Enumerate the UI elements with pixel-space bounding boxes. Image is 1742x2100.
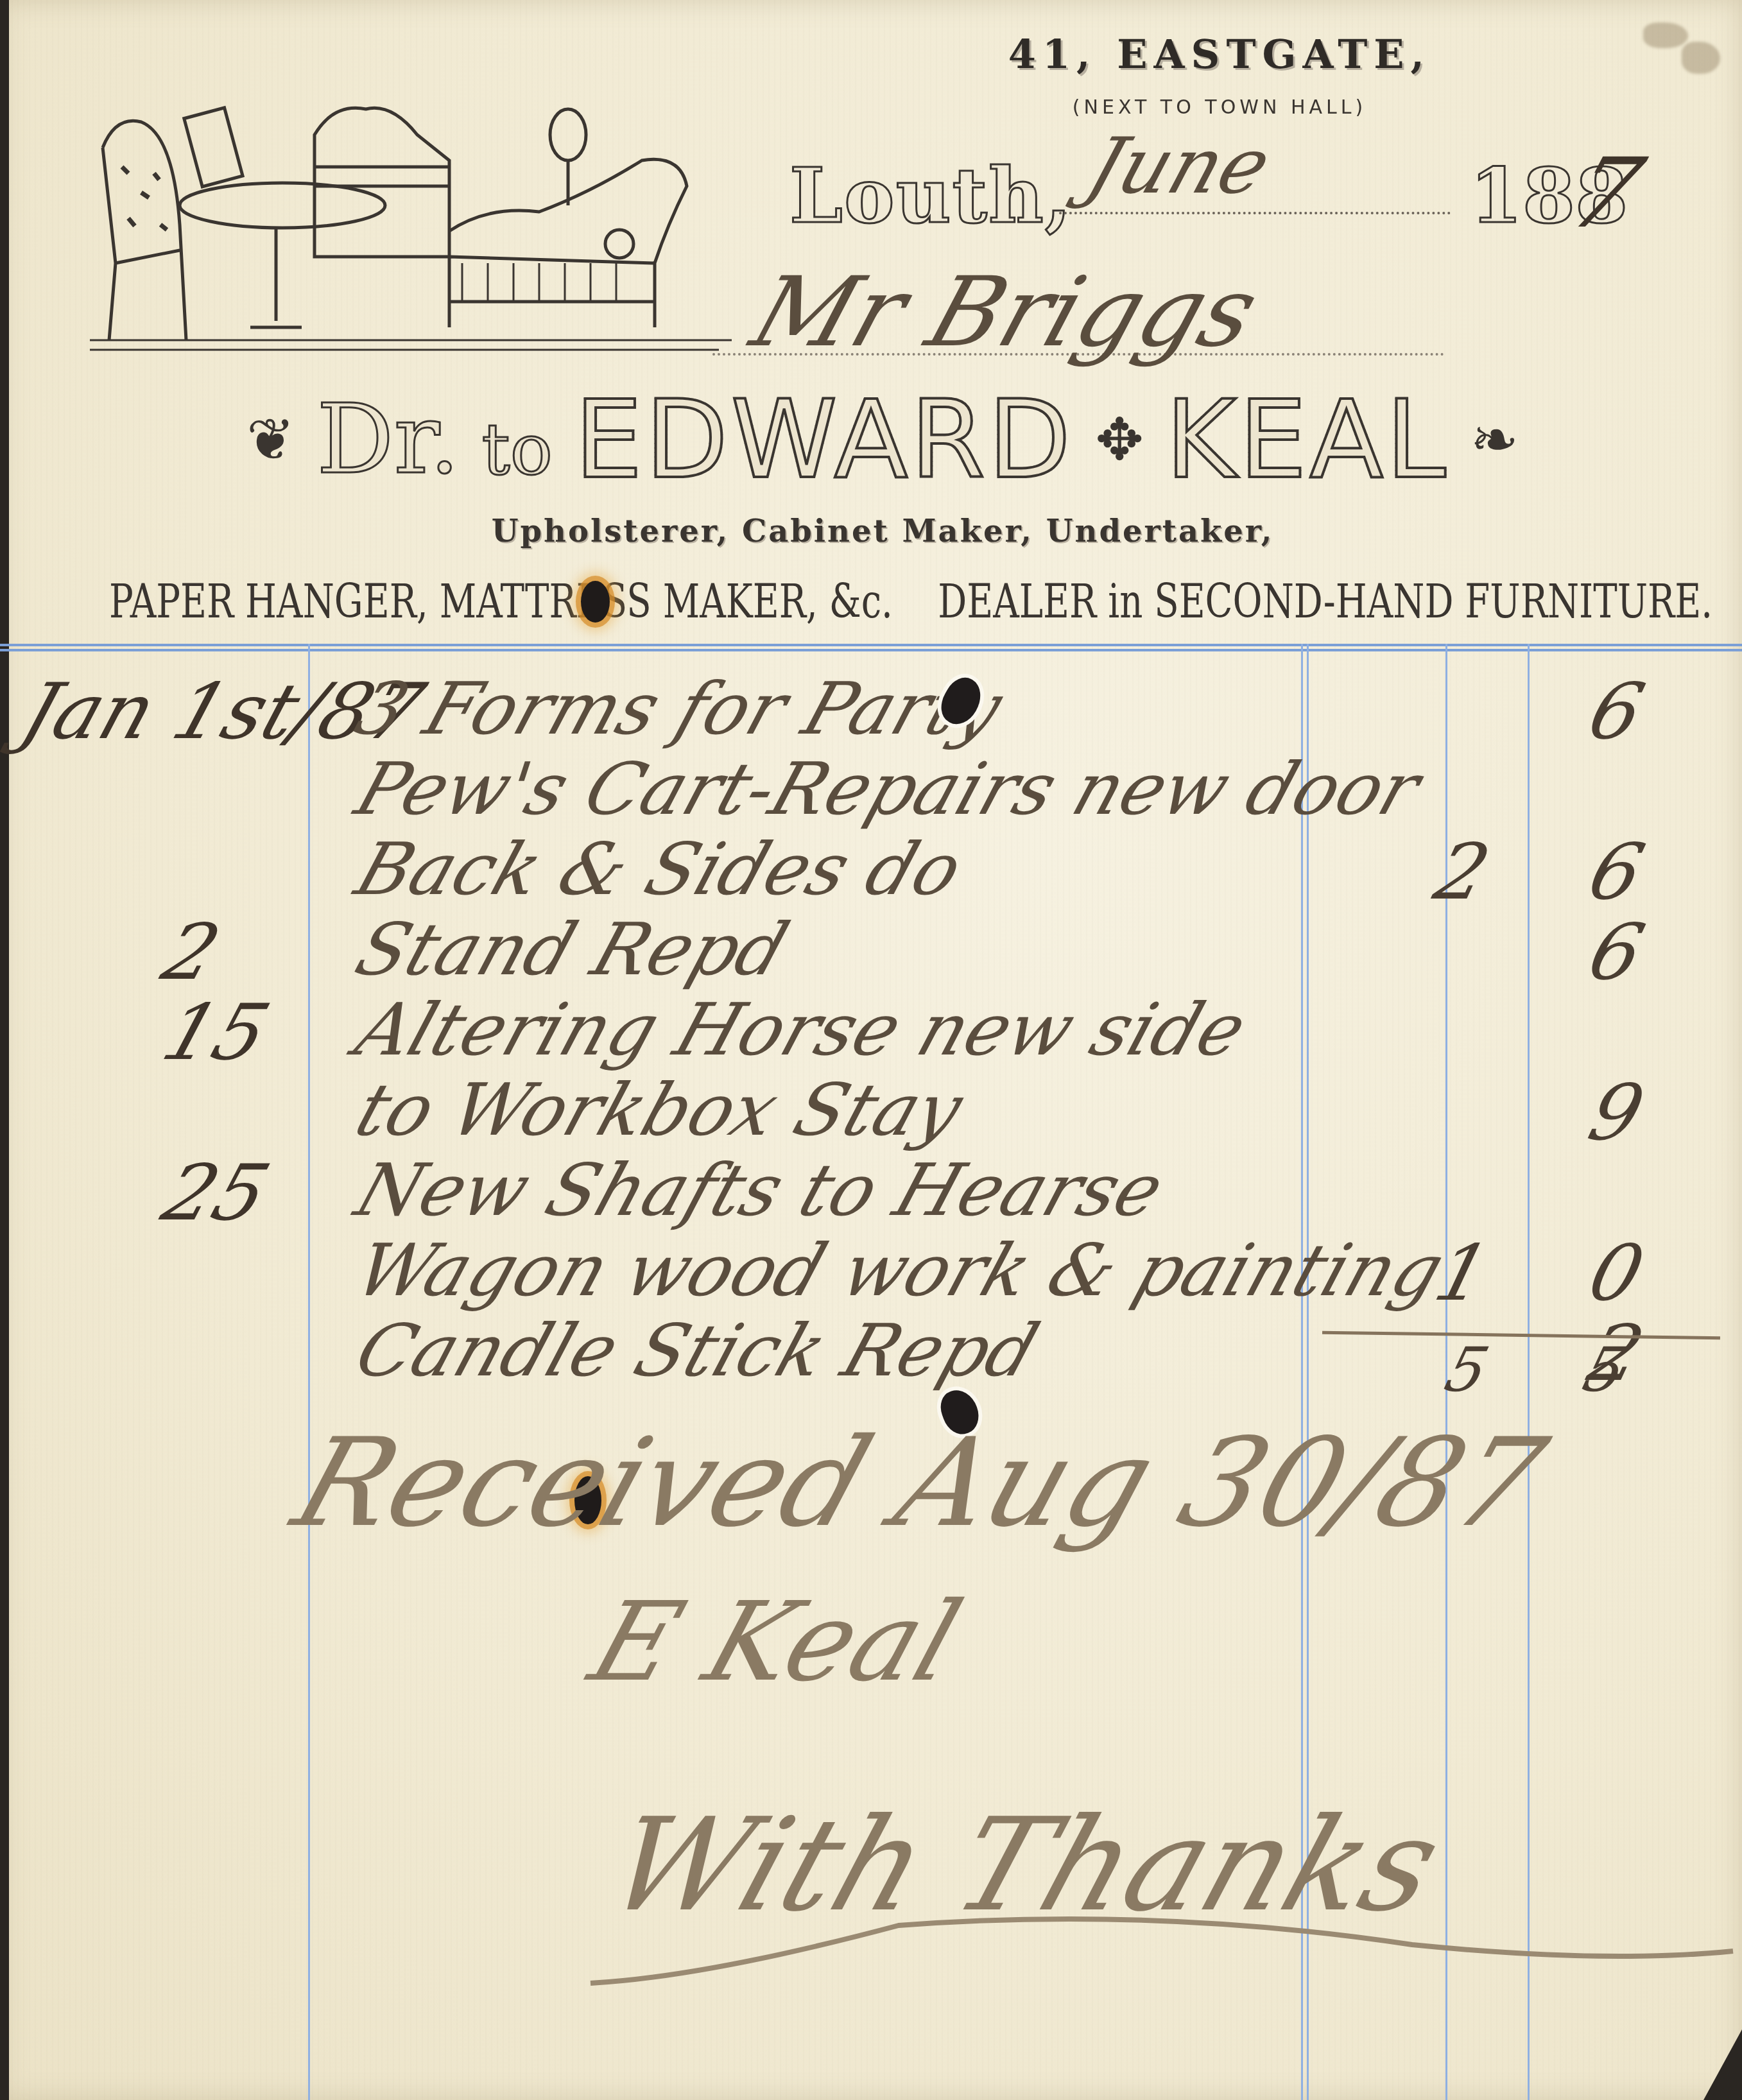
signature-flourish — [578, 1733, 1742, 2100]
ledger-top-rule — [0, 644, 1742, 651]
burn-hole — [581, 581, 610, 623]
entry-description: Altering Horse new side — [346, 988, 1256, 1072]
firm-prefix: Dr. — [316, 384, 460, 495]
entry-description: Back & Sides do — [346, 828, 972, 911]
trades-line-1: Upholsterer, Cabinet Maker, Undertaker, — [385, 513, 1380, 549]
receipt-signature: E Keal — [576, 1579, 975, 1706]
entry-description: New Shafts to Hearse — [346, 1149, 1173, 1232]
trades-line-2-right: DEALER in SECOND-HAND FURNITURE. — [938, 574, 1712, 628]
entry-description: 3 Forms for Party — [346, 667, 1012, 751]
handwritten-month: June — [1076, 122, 1281, 211]
entry-description: Candle Stick Repd — [346, 1309, 1048, 1393]
date-dotted-line — [1059, 212, 1451, 214]
ink-stain — [1643, 22, 1688, 48]
handwritten-customer: Mr Briggs — [739, 257, 1271, 368]
furniture-engraving-icon — [90, 96, 732, 366]
ornament-icon: ✥ — [1095, 406, 1143, 474]
scan-edge — [0, 0, 9, 2100]
entry-description: to Workbox Stay — [346, 1069, 972, 1152]
ornament-icon: ❦ — [246, 406, 295, 474]
ledger-date-column-rule — [308, 644, 310, 2100]
firm-last-name: KEAL — [1166, 377, 1449, 503]
firm-to: to — [482, 408, 553, 490]
receipt-line: Received Aug 30/87 — [279, 1412, 1561, 1554]
trades-line-2-left: PAPER HANGER, MATTRESS MAKER, &c. — [109, 574, 893, 628]
entry-description: Stand Repd — [346, 908, 798, 992]
trades-line-2: PAPER HANGER, MATTRESS MAKER, &c. DEALER… — [109, 574, 1671, 628]
place-name: Louth, — [789, 151, 1073, 240]
address-line: 41, EASTGATE, — [950, 31, 1489, 78]
entry-description: Pew's Cart-Repairs new door — [346, 748, 1430, 831]
firm-first-name: EDWARD — [574, 377, 1073, 503]
ornament-icon: ❧ — [1470, 406, 1519, 474]
ink-stain — [1682, 42, 1720, 74]
firm-name-banner: ❦ Dr. to EDWARD ✥ KEAL ❧ — [193, 385, 1573, 494]
entry-description: Wagon wood work & painting — [346, 1229, 1454, 1312]
address-note: (NEXT TO TOWN HALL) — [1014, 96, 1425, 119]
